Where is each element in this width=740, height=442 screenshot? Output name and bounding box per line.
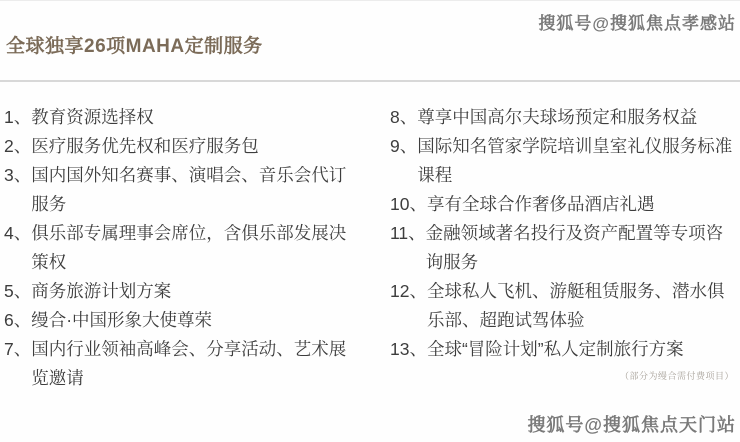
list-item: 4、 俱乐部专属理事会席位，含俱乐部发展决策权: [4, 219, 356, 277]
item-text: 俱乐部专属理事会席位，含俱乐部发展决策权: [31, 219, 356, 277]
item-text: 全球私人飞机、游艇租赁服务、潜水俱乐部、超跑试驾体验: [427, 277, 738, 335]
list-item: 7、 国内行业领袖高峰会、分享活动、艺术展览邀请: [4, 335, 356, 393]
document-page: 搜狐号@搜狐焦点孝感站 全球独享26项MAHA定制服务 1、 教育资源选择权 2…: [0, 0, 740, 442]
item-text: 教育资源选择权: [31, 103, 356, 132]
item-text: 国际知名管家学院培训皇室礼仪服务标准课程: [417, 132, 738, 190]
list-item: 9、 国际知名管家学院培训皇室礼仪服务标准课程: [390, 132, 738, 190]
watermark-bottom-right: 搜狐号@搜狐焦点天门站: [527, 411, 736, 437]
item-number: 13、: [390, 335, 427, 364]
item-number: 7、: [4, 335, 31, 364]
item-text: 全球“冒险计划”私人定制旅行方案: [427, 335, 738, 364]
item-text: 商务旅游计划方案: [31, 277, 356, 306]
list-item: 1、 教育资源选择权: [4, 103, 356, 132]
item-text: 金融领域著名投行及资产配置等专项咨询服务: [426, 219, 738, 277]
list-item: 13、 全球“冒险计划”私人定制旅行方案: [390, 335, 738, 364]
list-item: 2、 医疗服务优先权和医疗服务包: [4, 132, 356, 161]
service-list-right-column: 8、 尊享中国高尔夫球场预定和服务权益 9、 国际知名管家学院培训皇室礼仪服务标…: [390, 103, 738, 393]
item-text: 享有全球合作奢侈品酒店礼遇: [427, 190, 738, 219]
list-item: 11、 金融领域著名投行及资产配置等专项咨询服务: [390, 219, 738, 277]
paid-items-footnote: （部分为缦合需付费项目）: [390, 370, 738, 382]
list-item: 6、 缦合·中国形象大使尊荣: [4, 306, 356, 335]
list-item: 8、 尊享中国高尔夫球场预定和服务权益: [390, 103, 738, 132]
item-number: 4、: [4, 219, 31, 248]
item-number: 8、: [390, 103, 417, 132]
list-item: 5、 商务旅游计划方案: [4, 277, 356, 306]
item-number: 9、: [390, 132, 417, 161]
item-number: 11、: [390, 219, 426, 248]
service-list-left-column: 1、 教育资源选择权 2、 医疗服务优先权和医疗服务包 3、 国内国外知名赛事、…: [4, 103, 356, 393]
list-item: 10、 享有全球合作奢侈品酒店礼遇: [390, 190, 738, 219]
item-number: 6、: [4, 306, 31, 335]
item-number: 2、: [4, 132, 31, 161]
item-text: 缦合·中国形象大使尊荣: [31, 306, 356, 335]
item-number: 5、: [4, 277, 31, 306]
list-item: 12、 全球私人飞机、游艇租赁服务、潜水俱乐部、超跑试驾体验: [390, 277, 738, 335]
service-list: 1、 教育资源选择权 2、 医疗服务优先权和医疗服务包 3、 国内国外知名赛事、…: [0, 82, 740, 393]
item-text: 医疗服务优先权和医疗服务包: [31, 132, 356, 161]
item-text: 国内国外知名赛事、演唱会、音乐会代订服务: [31, 161, 356, 219]
item-number: 10、: [390, 190, 427, 219]
item-number: 12、: [390, 277, 427, 306]
item-number: 1、: [4, 103, 31, 132]
watermark-top-right: 搜狐号@搜狐焦点孝感站: [538, 9, 736, 34]
list-item: 3、 国内国外知名赛事、演唱会、音乐会代订服务: [4, 161, 356, 219]
item-text: 国内行业领袖高峰会、分享活动、艺术展览邀请: [31, 335, 356, 393]
item-text: 尊享中国高尔夫球场预定和服务权益: [417, 103, 738, 132]
item-number: 3、: [4, 161, 31, 190]
